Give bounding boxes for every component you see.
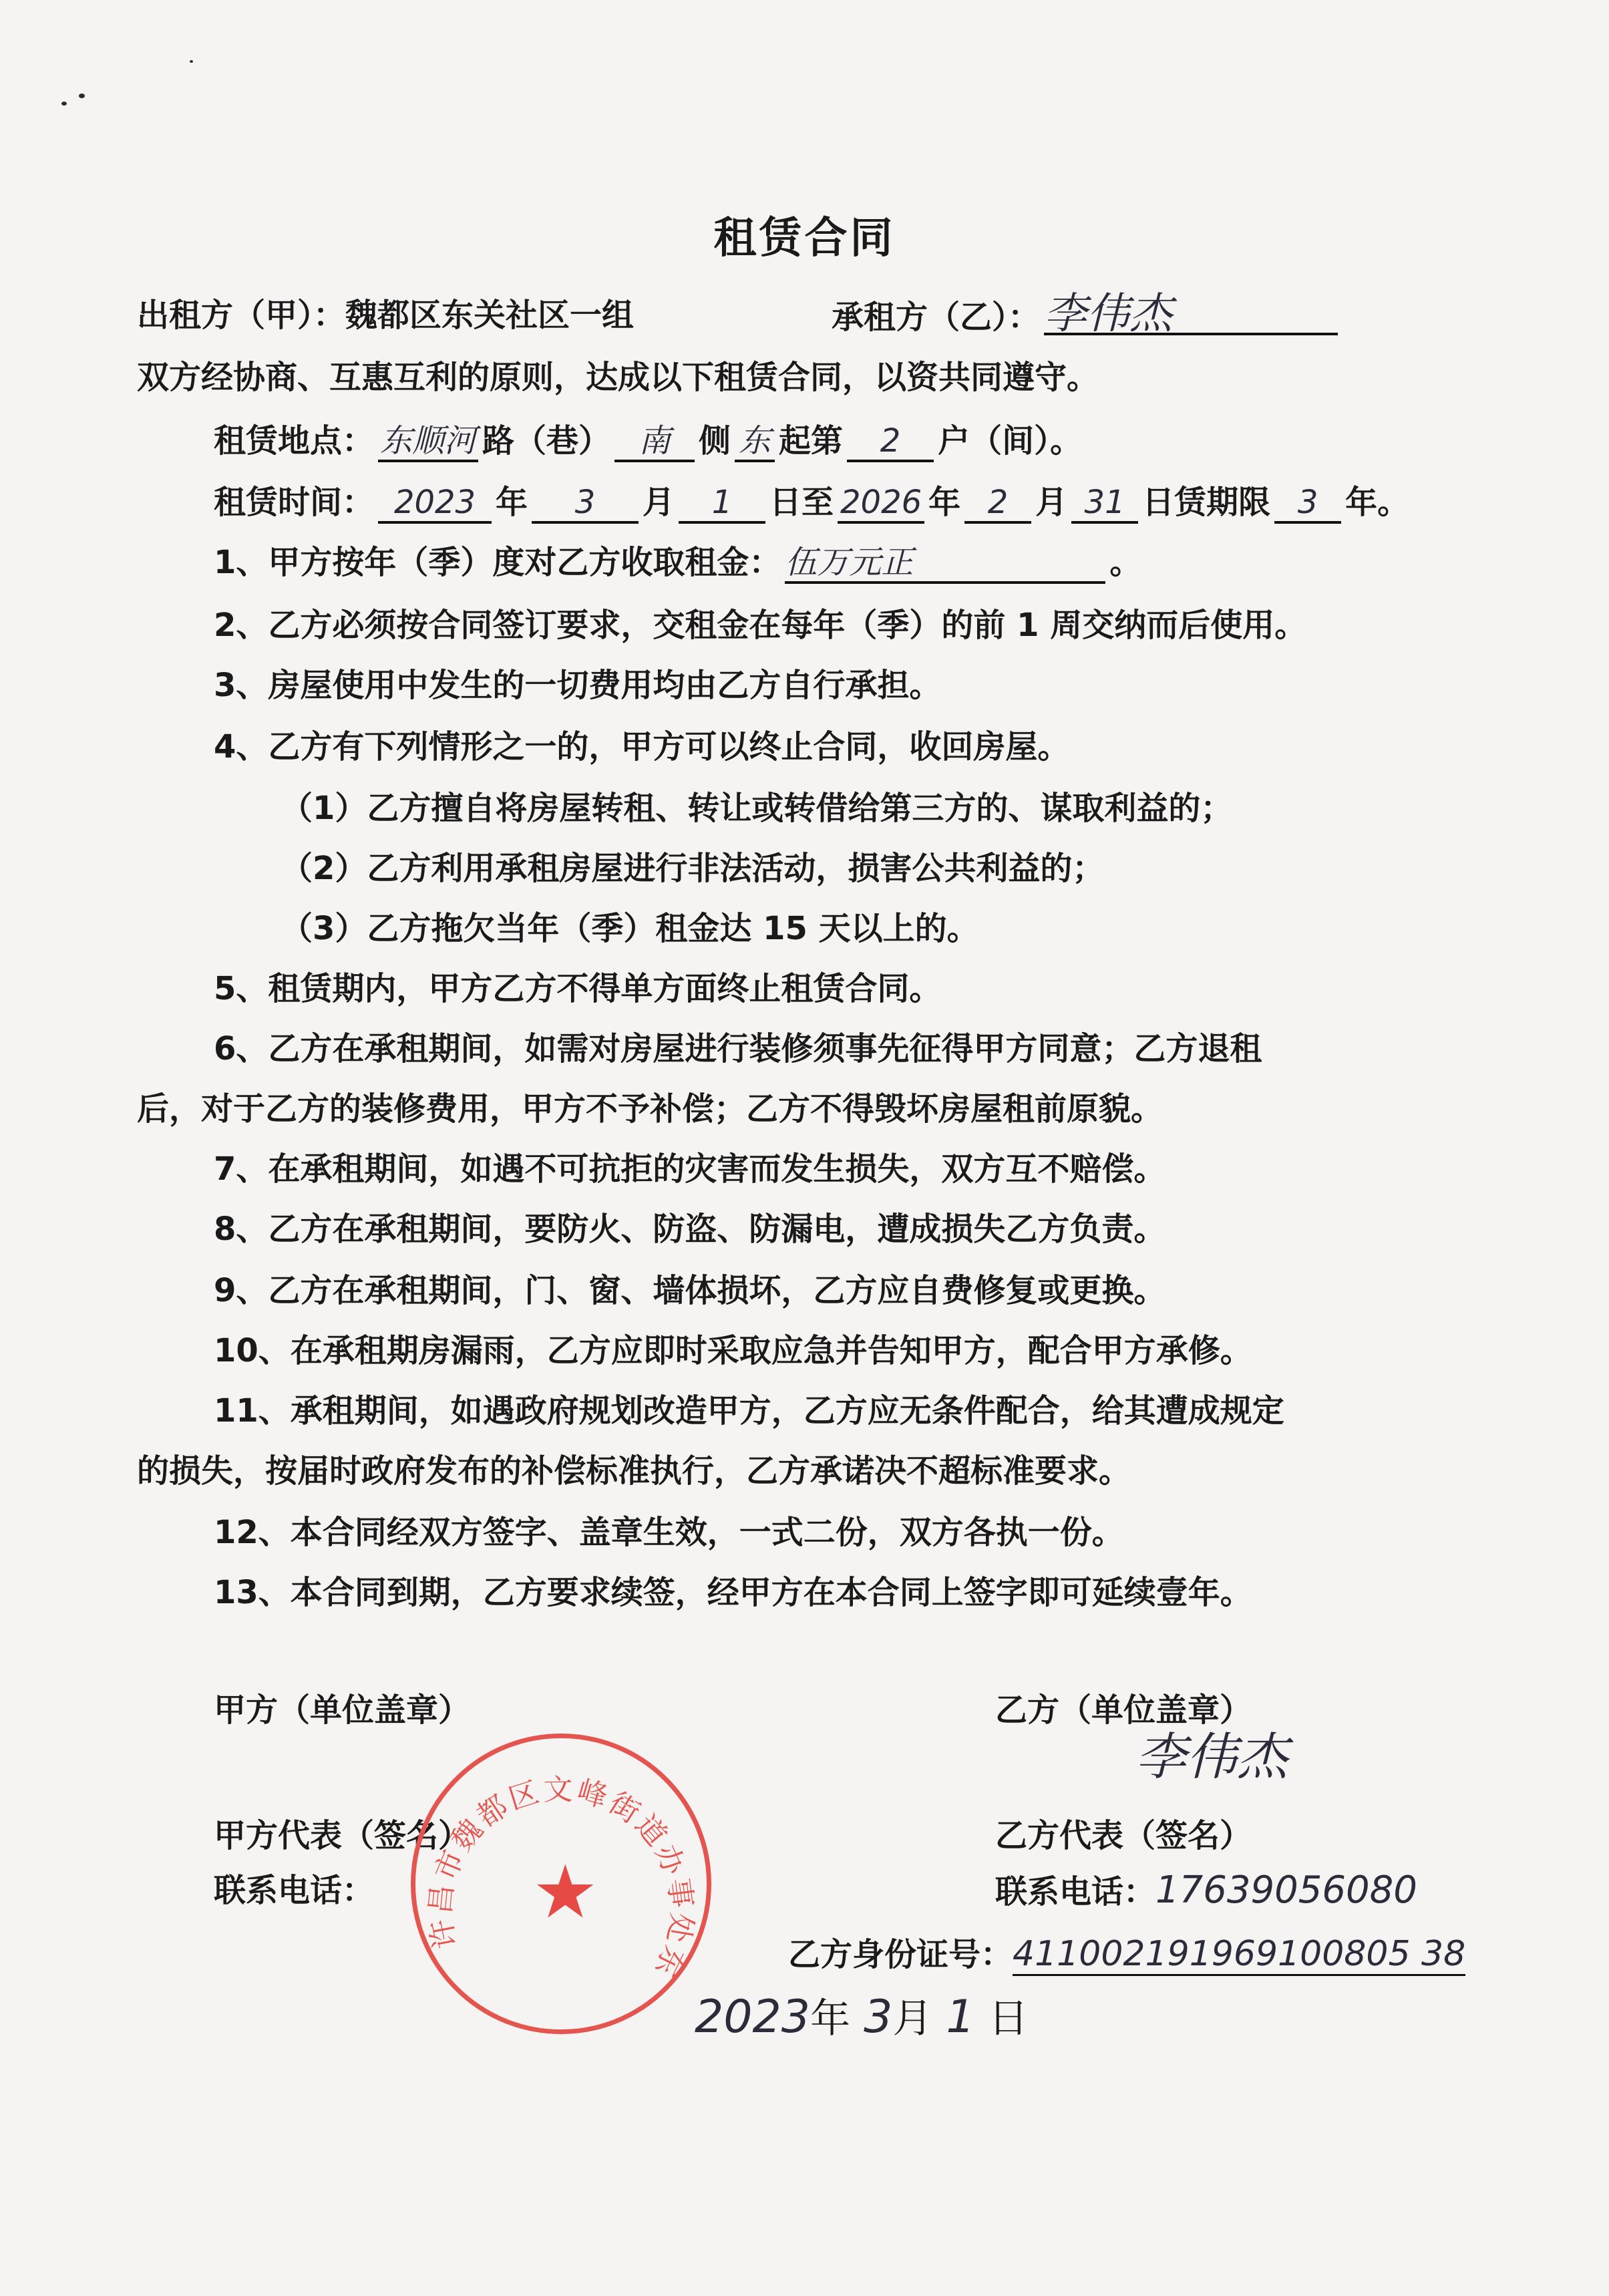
- month-unit: 月: [643, 484, 675, 521]
- party-b-id-label: 乙方身份证号：: [788, 1936, 1013, 1973]
- clause-10: 10、在承租期房漏雨，乙方应即时采取应急并告知甲方，配合甲方承修。: [214, 1331, 1252, 1371]
- scan-speck: [190, 60, 193, 63]
- intro-line: 双方经协商、互惠互利的原则，达成以下租赁合同，以资共同遵守。: [137, 357, 1099, 397]
- lessor-label: 出租方（甲）：: [137, 297, 345, 334]
- date-month-unit: 月: [892, 1995, 932, 2042]
- clause-7: 7、在承租期间，如遇不可抗拒的灾害而发生损失，双方互不赔偿。: [214, 1149, 1166, 1189]
- clause-6-cont: 后，对于乙方的装修费用，甲方不予补偿；乙方不得毁坏房屋租前原貌。: [137, 1089, 1163, 1129]
- date-year-unit: 年: [810, 1995, 850, 2042]
- from-value: 东: [735, 422, 775, 462]
- parties-line: 出租方（甲）：魏都区东关社区一组: [137, 295, 634, 335]
- number-suffix: 户（间）。: [938, 422, 1082, 460]
- scan-speck: [61, 102, 67, 106]
- period-label: 租赁时间：: [214, 484, 374, 521]
- day-unit: 日至: [769, 484, 834, 521]
- clause-8: 8、乙方在承租期间，要防火、防盗、防漏电，遭成损失乙方负责。: [214, 1209, 1166, 1249]
- end-year: 2026: [838, 484, 924, 524]
- year-unit: 年: [496, 484, 528, 521]
- clause-3: 3、房屋使用中发生的一切费用均由乙方自行承担。: [214, 665, 941, 705]
- side-value: 南: [614, 422, 695, 462]
- end-day: 31: [1071, 484, 1138, 524]
- party-b-rep-label: 乙方代表（签名）: [995, 1816, 1252, 1856]
- sign-date: 2023年3月1日: [695, 1997, 1029, 2039]
- party-b-phone-line: 联系电话：17639056080: [995, 1870, 1417, 1912]
- term-label: 日赁期限: [1142, 484, 1270, 521]
- clause-9: 9、乙方在承租期间，门、窗、墙体损坏，乙方应自费修复或更换。: [214, 1271, 1166, 1311]
- lessee-value: 李伟杰: [1044, 295, 1338, 335]
- date-day-unit: 日: [989, 1995, 1029, 2042]
- clause-4-2: （2）乙方利用承租房屋进行非法活动，损害公共利益的；: [281, 848, 1104, 888]
- party-b-id: 411002191969100805 38: [1013, 1934, 1465, 1976]
- clause-1-end: 。: [1109, 544, 1141, 581]
- location-line: 租赁地点：东顺河路（巷）南侧东起第2户（间）。: [214, 421, 1082, 462]
- date-year: 2023: [695, 1991, 810, 2043]
- date-day: 1: [946, 1991, 974, 2043]
- rent-amount: 伍万元正: [785, 544, 1105, 584]
- page-title: 租赁合同: [0, 204, 1609, 265]
- start-day: 1: [679, 484, 765, 524]
- date-month: 3: [864, 1991, 892, 2043]
- start-year: 2023: [378, 484, 492, 524]
- party-b-signature: 李伟杰: [1135, 1737, 1288, 1777]
- party-b-seal-label: 乙方（单位盖章）: [995, 1690, 1252, 1730]
- from-suffix: 起第: [779, 422, 843, 460]
- party-b-phone: 17639056080: [1155, 1868, 1417, 1912]
- location-label: 租赁地点：: [214, 422, 374, 460]
- number-value: 2: [847, 422, 934, 462]
- start-month: 3: [532, 484, 639, 524]
- scan-speck: [79, 94, 85, 98]
- lessee-label: 承租方（乙）：: [832, 299, 1040, 336]
- term-value: 3: [1274, 484, 1341, 524]
- clause-1: 1、甲方按年（季）度对乙方收取租金：伍万元正。: [214, 542, 1141, 584]
- star-icon: ★: [532, 1855, 598, 1929]
- clause-11-cont: 的损失，按届时政府发布的补偿标准执行，乙方承诺决不超标准要求。: [137, 1451, 1131, 1491]
- side-suffix: 侧: [699, 422, 731, 460]
- party-a-seal-label: 甲方（单位盖章）: [214, 1690, 470, 1730]
- year-unit: 年。: [1345, 484, 1409, 521]
- party-a-phone-label: 联系电话：: [214, 1870, 374, 1911]
- lessor-value: 魏都区东关社区一组: [345, 297, 634, 334]
- month-unit: 月: [1035, 484, 1067, 521]
- clause-4: 4、乙方有下列情形之一的，甲方可以终止合同，收回房屋。: [214, 727, 1069, 767]
- clause-4-3: （3）乙方拖欠当年（季）租金达 15 天以上的。: [281, 909, 979, 949]
- clause-1-text: 1、甲方按年（季）度对乙方收取租金：: [214, 544, 781, 581]
- clause-12: 12、本合同经双方签字、盖章生效，一式二份，双方各执一份。: [214, 1512, 1124, 1552]
- year-unit: 年: [928, 484, 960, 521]
- period-line: 租赁时间：2023年3月1日至2026年2月31日赁期限3年。: [214, 482, 1409, 524]
- road-value: 东顺河: [378, 422, 478, 462]
- clause-6: 6、乙方在承租期间，如需对房屋进行装修须事先征得甲方同意；乙方退租: [214, 1029, 1262, 1069]
- clause-4-1: （1）乙方擅自将房屋转租、转让或转借给第三方的、谋取利益的；: [281, 788, 1232, 828]
- party-b-id-line: 乙方身份证号：411002191969100805 38: [788, 1934, 1465, 1975]
- official-stamp: 许昌市魏都区文峰街道办事处东关社区第二居民 ★: [411, 1734, 711, 2034]
- clause-11: 11、承租期间，如遇政府规划改造甲方，乙方应无条件配合，给其遭成规定: [214, 1391, 1284, 1431]
- clause-2: 2、乙方必须按合同签订要求，交租金在每年（季）的前 1 周交纳而后使用。: [214, 605, 1306, 645]
- party-b-phone-label: 联系电话：: [995, 1873, 1155, 1911]
- clause-5: 5、租赁期内，甲方乙方不得单方面终止租赁合同。: [214, 969, 941, 1009]
- clause-13: 13、本合同到期，乙方要求续签，经甲方在本合同上签字即可延续壹年。: [214, 1573, 1252, 1613]
- end-month: 2: [964, 484, 1031, 524]
- road-suffix: 路（巷）: [482, 422, 610, 460]
- lessee-line: 承租方（乙）：李伟杰: [832, 295, 1342, 337]
